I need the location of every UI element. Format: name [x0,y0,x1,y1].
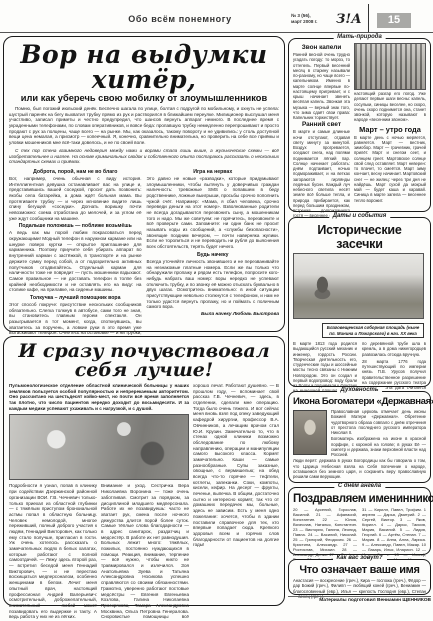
heading-name-meaning: Что означает ваше имя [293,564,426,576]
article2-col3: хорошо лечат. Работают душевно. — В прош… [193,383,279,621]
spirit-p3: Люди верят: держава в руках Богородицы к… [293,458,426,479]
section-label-dates: Даты и события [329,213,391,219]
header-rule [0,32,433,33]
subhead-alert: Будь начеку [147,252,280,258]
article1-col1-p1: Вот, например, очень обычная с виду исто… [9,176,142,222]
angel-col1: 20 — Арсений, Горослав, Василий. 21 — Аф… [293,507,357,562]
section-label-spirit: Духовность [337,387,383,393]
subhead-nerves: Игра на нервах [147,169,280,175]
heading-icon-derzhavnaya: Икона Богоматери «Державная» [293,396,426,407]
section-spirituality: Духовность Икона Богоматери «Державная» … [288,391,431,483]
section-angel-day: С днём ангела Поздравляем именинников 20… [288,487,431,555]
winter-photo-caption: настоящий разгар его погод. Уже делают п… [354,91,426,123]
article2-intro: Пульмонологическое отделение областной к… [9,383,189,411]
section-your-name: Как вас зовут? Что означает ваше имя Ана… [288,559,431,595]
article1-signature: Была начеку Любовь Быстрова [147,312,280,317]
article1-col1: Доброта, порой, нам не во благо Вот, нап… [9,167,142,342]
heading-congrats-namedays: Поздравляем именинников [293,493,426,505]
newspaper-page: Обо всём понемногу № 3 (56), март 2008 г… [0,0,433,621]
article2-col1: Подробности я узнал, попав в клинику при… [9,483,97,621]
subhead-keep-away: Подальше положишь — поближе возьмёшь [9,223,142,229]
section-label-nature: Мать-природа [333,34,386,40]
header-divider [368,4,369,32]
article-phone-thieves: Вор на выдумки хитёр, или как уберечь св… [3,36,285,332]
nature-p3: В марте день с ночью меряется, равняется… [354,135,426,203]
article2-col2: Внимание и уход. Сестричка Вера Николаев… [101,483,189,621]
subhead-kindness: Доброта, порой, нам не во благо [9,169,142,175]
article1-subtitle: или как уберечь свою мобилку от злоумышл… [9,93,279,103]
icon-of-theotokos-image [293,410,327,455]
nature-p2: В марте и самые длинные ночи отступают, … [293,129,350,218]
article1-lead: Помню, был погожий июльский денёк. Беспе… [9,106,279,146]
article1-headline: Вор на выдумки хитёр, [9,42,279,92]
nature-p1: Ранней весной очень трудно угадать погод… [293,52,350,120]
article2-headline: И сразу почувствовал себя лучше! [9,342,279,380]
section-label-names: Как вас зовут? [333,555,387,561]
winter-trees-photo [354,43,426,90]
city-panorama-photo: Благовещенская соборная площадь (ныне пл… [293,253,424,319]
nature-right-column: настоящий разгар его погод. Уже делают п… [354,43,426,219]
article-hospital: И сразу почувствовал себя лучше! Пульмон… [3,336,285,606]
nature-left-column: Звон капели Ранней весной очень трудно у… [293,43,350,219]
materials-credit: Материалы подготовил Вениамин ЩЕННИКОВ [288,596,431,603]
article1-col1-p2: А ведь как мы порой любим покрасоваться … [9,230,142,293]
page-number: 15 [377,13,411,28]
heading-historic-notches: Исторические засечки [293,223,426,251]
page-title: Обо всём понемногу [60,14,300,24]
city-photo-caption: Благовещенская соборная площадь (ныне пл… [322,323,424,338]
heading-early-light: Ранний свет [293,121,350,128]
heading-march-morning: Март – утро года [354,125,426,134]
heading-drip-ring: Звон капели [293,44,350,51]
subhead-crowd: Толкучка – лучший помощник вора [9,295,142,301]
hospital-photo [9,414,189,480]
angel-col2: 31 — Кирилл, Павел, Трофим. 1 апреля — Д… [362,507,426,562]
article1-col2-p2: Всегда уточняйте личность звонившего и н… [147,259,280,310]
paper-logo: З!А [336,12,366,27]
article1-lead2: С тех пор стена взаимного недоверия межд… [9,148,279,165]
section-label-angel: С днём ангела [334,483,385,489]
section-mother-nature: Мать-природа Звон капели Ранней весной о… [288,38,431,212]
section-dates-events: Даты и события Исторические засечки Благ… [288,217,431,387]
article1-col2: Игра на нервах Это давно не новые «разво… [147,167,280,342]
article1-col2-p1: Это давно не новые «разводки», которые п… [147,176,280,250]
